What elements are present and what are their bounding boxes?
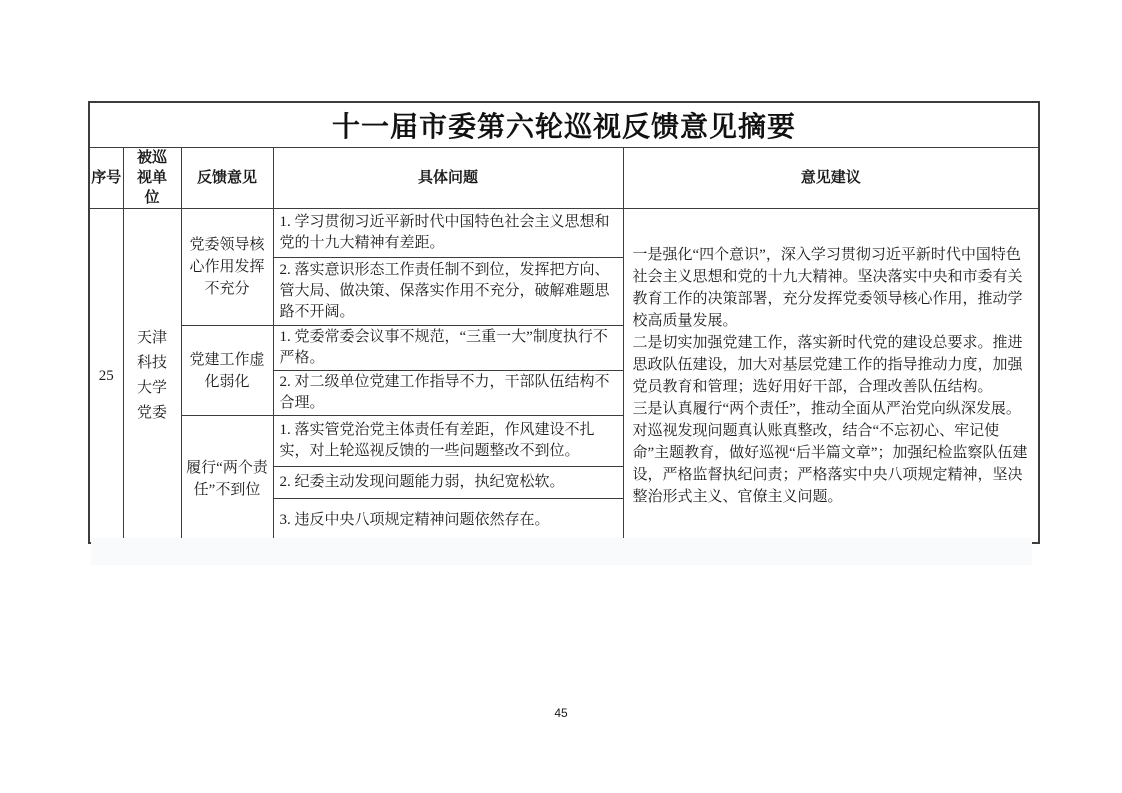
header-unit: 被巡视单位: [123, 148, 181, 209]
header-index-label: 序号: [91, 168, 121, 188]
row-index-cell: 25: [89, 209, 123, 544]
feedback-group-2: 党建工作虚化弱化: [181, 326, 273, 416]
document-page: 十一届市委第六轮巡视反馈意见摘要 序号 被巡视单位 反馈意见 具体问题 意见建议…: [0, 0, 1122, 793]
header-problems: 具体问题: [273, 148, 623, 209]
header-index: 序号: [89, 148, 123, 209]
problem-2-1: 1. 党委常委会议事不规范，“三重一大”制度执行不严格。: [273, 326, 623, 371]
suggestion-paragraph-2: 二是切实加强党建工作，落实新时代党的建设总要求。推进思政队伍建设，加大对基层党建…: [633, 332, 1031, 398]
problem-2-2: 2. 对二级单位党建工作指导不力，干部队伍结构不合理。: [273, 371, 623, 416]
suggestion-paragraph-3: 三是认真履行“两个责任”，推动全面从严治党向纵深发展。对巡视发现问题真认账真整改…: [633, 398, 1031, 508]
header-unit-label: 被巡视单位: [137, 148, 167, 208]
suggestion-paragraph-1: 一是强化“四个意识”，深入学习贯彻习近平新时代中国特色社会主义思想和党的十九大精…: [633, 244, 1031, 332]
feedback-group-1: 党委领导核心作用发挥不充分: [181, 209, 273, 326]
problem-1-2: 2. 落实意识形态工作责任制不到位，发挥把方向、管大局、做决策、保落实作用不充分…: [273, 258, 623, 326]
suggestions-cell: 一是强化“四个意识”，深入学习贯彻习近平新时代中国特色社会主义思想和党的十九大精…: [623, 209, 1039, 544]
problem-1-1: 1. 学习贯彻习近平新时代中国特色社会主义思想和党的十九大精神有差距。: [273, 209, 623, 258]
inspection-feedback-table: 十一届市委第六轮巡视反馈意见摘要 序号 被巡视单位 反馈意见 具体问题 意见建议…: [88, 101, 1040, 544]
highlight-bar: [91, 538, 1032, 565]
row-unit-cell: 天津科技大学党委: [123, 209, 181, 544]
problem-3-3: 3. 违反中央八项规定精神问题依然存在。: [273, 499, 623, 544]
problem-3-2: 2. 纪委主动发现问题能力弱，执纪宽松软。: [273, 467, 623, 499]
table-header-row: 序号 被巡视单位 反馈意见 具体问题 意见建议: [89, 148, 1039, 209]
feedback-group-3: 履行“两个责任”不到位: [181, 416, 273, 544]
table-title: 十一届市委第六轮巡视反馈意见摘要: [89, 102, 1039, 148]
header-feedback: 反馈意见: [181, 148, 273, 209]
row-unit-text: 天津科技大学党委: [137, 326, 167, 426]
header-suggestions: 意见建议: [623, 148, 1039, 209]
table-row: 25 天津科技大学党委 党委领导核心作用发挥不充分 1. 学习贯彻习近平新时代中…: [89, 209, 1039, 258]
problem-3-1: 1. 落实管党治党主体责任有差距，作风建设不扎实，对上轮巡视反馈的一些问题整改不…: [273, 416, 623, 467]
table-title-row: 十一届市委第六轮巡视反馈意见摘要: [89, 102, 1039, 148]
page-number: 45: [0, 706, 1122, 720]
